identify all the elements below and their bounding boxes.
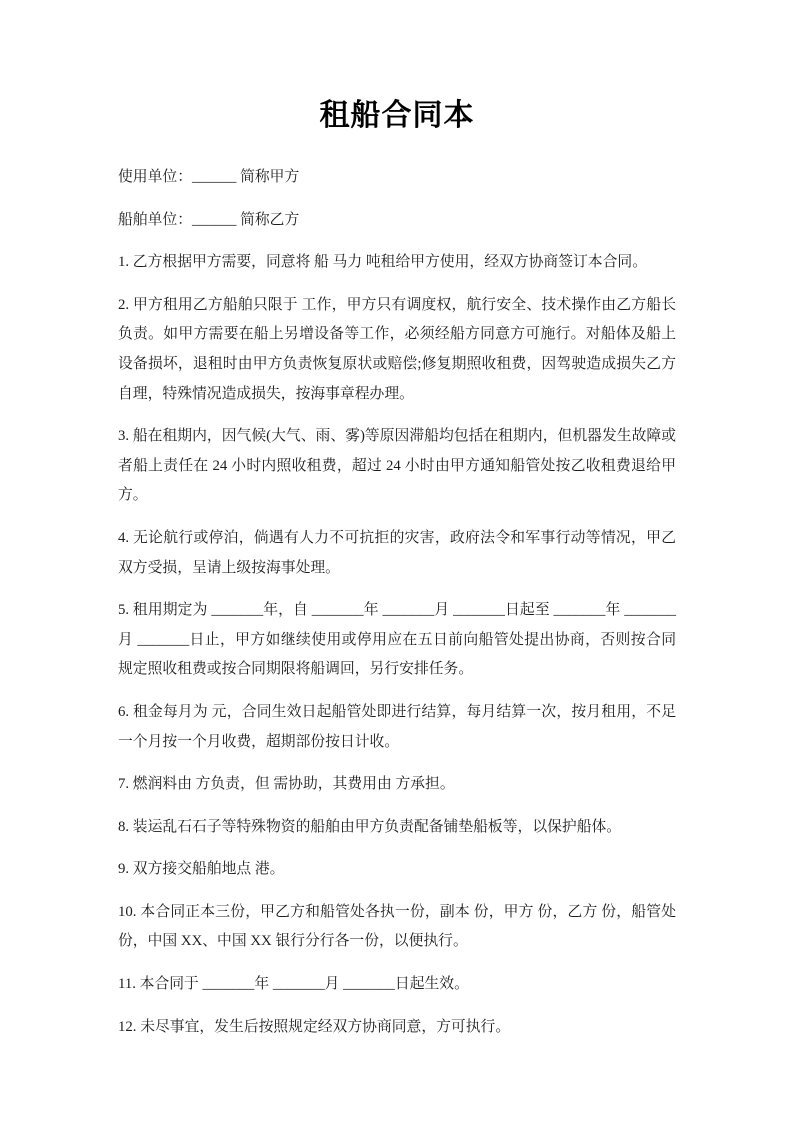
clause-2: 2. 甲方租用乙方船舶只限于 工作，甲方只有调度权，航行安全、技术操作由乙方船长…	[118, 291, 676, 409]
clause-10: 10. 本合同正本三份，甲乙方和船管处各执一份，副本 份，甲方 份，乙方 份，船…	[118, 898, 676, 957]
clause-8: 8. 装运乱石石子等特殊物资的船舶由甲方负责配备铺垫船板等，以保护船体。	[118, 813, 676, 843]
clause-5: 5. 租用期定为 _______年，自 _______年 _______月 __…	[118, 596, 676, 685]
document-title: 租船合同本	[118, 96, 676, 136]
clause-3: 3. 船在租期内，因气候(大气、雨、雾)等原因滞船均包括在租期内，但机器发生故障…	[118, 422, 676, 511]
clause-12: 12. 未尽事宜，发生后按照规定经双方协商同意，方可执行。	[118, 1013, 676, 1043]
party-line-user-unit: 使用单位：______ 简称甲方	[118, 163, 676, 193]
clause-4: 4. 无论航行或停泊，倘遇有人力不可抗拒的灾害，政府法令和军事行动等情况，甲乙双…	[118, 524, 676, 583]
clause-7: 7. 燃润料由 方负责，但 需协助，其费用由 方承担。	[118, 770, 676, 800]
clause-9: 9. 双方接交船舶地点 港。	[118, 855, 676, 885]
contract-page: 租船合同本 使用单位：______ 简称甲方 船舶单位：______ 简称乙方 …	[0, 0, 793, 1122]
clause-6: 6. 租金每月为 元，合同生效日起船管处即进行结算，每月结算一次，按月租用，不足…	[118, 698, 676, 757]
clause-1: 1. 乙方根据甲方需要，同意将 船 马力 吨租给甲方使用，经双方协商签订本合同。	[118, 248, 676, 278]
party-line-ship-unit: 船舶单位：______ 简称乙方	[118, 206, 676, 236]
clause-11: 11. 本合同于 _______年 _______月 _______日起生效。	[118, 970, 676, 1000]
